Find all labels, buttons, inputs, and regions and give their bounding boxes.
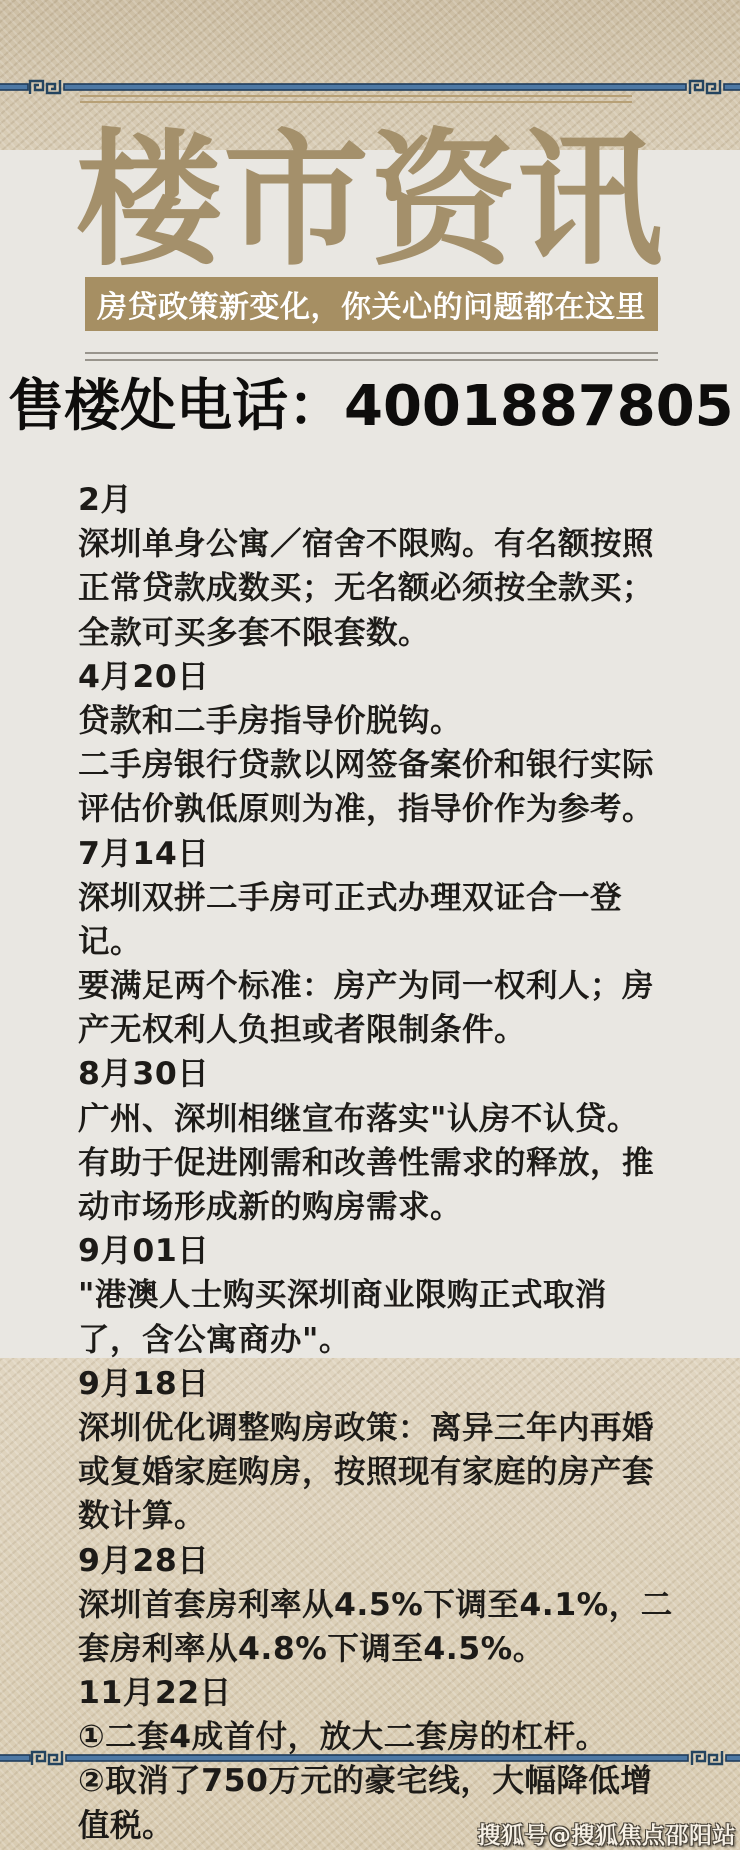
subtitle-banner-text: 房贷政策新变化，你关心的问题都在这里 [97, 282, 646, 326]
poster-root: 楼市资讯 房贷政策新变化，你关心的问题都在这里 售楼处电话：4001887805… [0, 0, 740, 1850]
timeline-date: 11月22日 [78, 1671, 728, 1715]
timeline-text-line: "港澳人士购买深圳商业限购正式取消 [78, 1273, 728, 1317]
timeline-text-line: 有助于促进刚需和改善性需求的释放，推 [78, 1141, 728, 1185]
timeline-text-line: 数计算。 [78, 1494, 728, 1538]
timeline-text-line: 产无权利人负担或者限制条件。 [78, 1008, 728, 1052]
timeline-text-line: 深圳单身公寓／宿舍不限购。有名额按照 [78, 522, 728, 566]
timeline-text-line: 深圳双拼二手房可正式办理双证合一登 [78, 876, 728, 920]
timeline-date: 2月 [78, 478, 728, 522]
poster-title: 楼市资讯 [0, 120, 740, 282]
timeline-text-line: 套房利率从4.8%下调至4.5%。 [78, 1627, 728, 1671]
timeline-date: 4月20日 [78, 655, 728, 699]
timeline-date: 7月14日 [78, 832, 728, 876]
timeline-date: 9月28日 [78, 1539, 728, 1583]
timeline-text-line: 深圳优化调整购房政策：离异三年内再婚 [78, 1406, 728, 1450]
gold-double-line [80, 95, 632, 103]
timeline-date: 9月18日 [78, 1362, 728, 1406]
timeline-text-line: 全款可买多套不限套数。 [78, 611, 728, 655]
timeline-text-line: 要满足两个标准：房产为同一权利人；房 [78, 964, 728, 1008]
timeline-text-line: 贷款和二手房指导价脱钩。 [78, 699, 728, 743]
timeline-text-line: 了，含公寓商办"。 [78, 1318, 728, 1362]
timeline-text-line: 动市场形成新的购房需求。 [78, 1185, 728, 1229]
timeline-text-line: 广州、深圳相继宣布落实"认房不认贷。 [78, 1097, 728, 1141]
timeline-text-line: 二手房银行贷款以网签备案价和银行实际 [78, 743, 728, 787]
timeline-date: 8月30日 [78, 1052, 728, 1096]
timeline-text-line: 正常贷款成数买；无名额必须按全款买； [78, 566, 728, 610]
timeline-date: 9月01日 [78, 1229, 728, 1273]
timeline-text-line: 记。 [78, 920, 728, 964]
sales-phone-line: 售楼处电话：4001887805 [8, 376, 736, 438]
watermark-text: 搜狐号@搜狐焦点邵阳站 [478, 1817, 737, 1850]
timeline-text-line: 评估价孰低原则为准，指导价作为参考。 [78, 787, 728, 831]
ornamental-border-bottom-icon [0, 1745, 740, 1771]
subtitle-banner: 房贷政策新变化，你关心的问题都在这里 [85, 277, 658, 331]
timeline-text-line: 或复婚家庭购房，按照现有家庭的房产套 [78, 1450, 728, 1494]
sales-phone-number: 4001887805 [344, 374, 734, 439]
gray-double-line [85, 352, 658, 361]
timeline-text-line: 深圳首套房利率从4.5%下调至4.1%，二 [78, 1583, 728, 1627]
sales-phone-label: 售楼处电话： [8, 374, 344, 439]
policy-timeline: 2月深圳单身公寓／宿舍不限购。有名额按照正常贷款成数买；无名额必须按全款买；全款… [78, 478, 728, 1848]
